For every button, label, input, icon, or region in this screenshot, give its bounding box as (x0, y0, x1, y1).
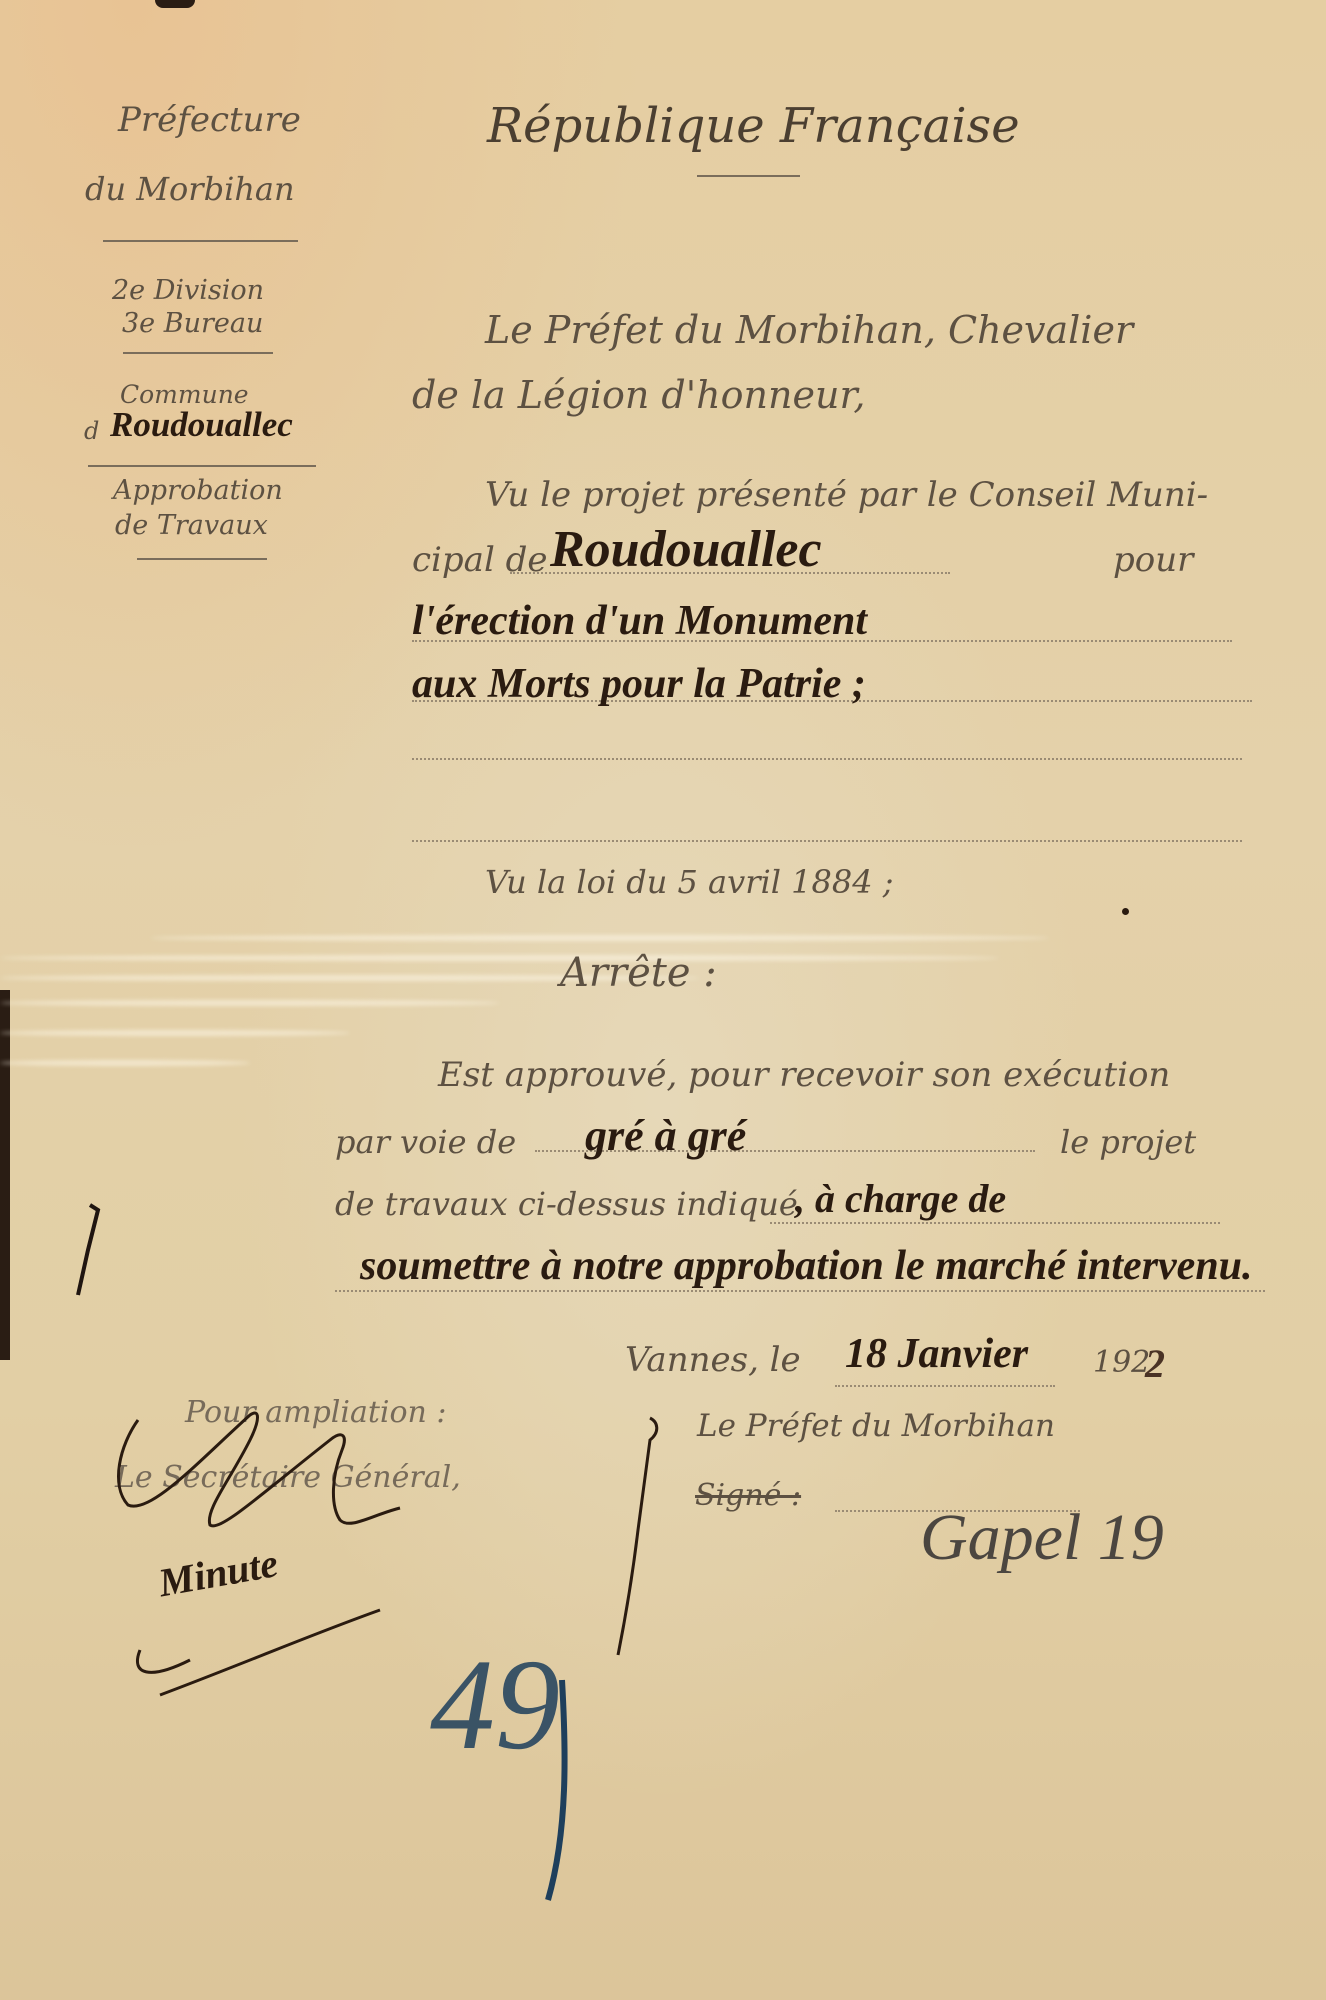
paper-wrinkle (0, 1060, 250, 1066)
blue-pencil-stroke (540, 1670, 580, 1910)
preamble-line2: de la Légion d'honneur, (412, 373, 866, 417)
margin-divider (123, 352, 273, 354)
decision-line2-start: par voie de (335, 1123, 516, 1161)
commune-name: Roudouallec (110, 405, 293, 445)
date-day-month: 18 Janvier (845, 1330, 1028, 1378)
date-year-digit: 2 (1145, 1340, 1165, 1387)
margin-pen-stroke (70, 1200, 110, 1300)
paper-wrinkle (150, 935, 1050, 941)
paper-wrinkle (0, 1030, 350, 1036)
preamble-line1: Le Préfet du Morbihan, Chevalier (485, 308, 1133, 352)
decision-line3: de travaux ci-dessus indiqué (335, 1185, 798, 1223)
document-title: République Française (487, 98, 1020, 154)
decision-line2-end: le projet (1060, 1123, 1196, 1161)
fill-in-dotted-line (835, 1385, 1055, 1387)
minute-underline (130, 1590, 390, 1700)
title-underline (697, 175, 800, 177)
secretary-signature (110, 1390, 410, 1550)
paper-stain (155, 0, 195, 8)
subject-label-line1: Approbation (113, 475, 283, 506)
project-description-line1: l'érection d'un Monument (412, 597, 867, 645)
margin-divider (137, 558, 267, 560)
subject-label-line2: de Travaux (115, 510, 268, 541)
condition-start: , à charge de (795, 1175, 1006, 1222)
document-page: Préfecture du Morbihan 2e Division 3e Bu… (0, 0, 1326, 2000)
ink-dot (1122, 908, 1129, 915)
fill-in-dotted-line (412, 840, 1242, 842)
prefect-signature: Gapel 19 (920, 1500, 1164, 1576)
date-year-prefix: 192 (1093, 1345, 1150, 1380)
considerant-line1: Vu le projet présenté par le Conseil Mun… (485, 475, 1208, 515)
bracket-stroke (610, 1410, 660, 1660)
division-label: 2e Division (112, 275, 264, 306)
law-reference: Vu la loi du 5 avril 1884 ; (485, 863, 894, 901)
fill-in-dotted-line (770, 1222, 1220, 1224)
considerant-line2-end: pour (1113, 540, 1193, 580)
signe-label: Signé : (695, 1478, 801, 1513)
decision-heading: Arrête : (560, 950, 717, 996)
project-description-line2: aux Morts pour la Patrie ; (412, 660, 866, 708)
margin-divider (103, 240, 298, 242)
condition-end: soumettre à notre approbation le marché … (360, 1242, 1253, 1290)
paper-edge-shadow (0, 990, 10, 1360)
bureau-label: 3e Bureau (122, 308, 263, 339)
prefecture-label: Préfecture (118, 100, 301, 140)
fill-in-dotted-line (412, 758, 1242, 760)
procurement-method: gré à gré (585, 1110, 746, 1161)
prefecture-department: du Morbihan (85, 170, 295, 208)
paper-wrinkle (0, 955, 1000, 961)
prefect-label: Le Préfet du Morbihan (697, 1408, 1055, 1444)
fill-in-dotted-line (335, 1290, 1265, 1292)
margin-divider (88, 465, 316, 467)
decision-line1: Est approuvé, pour recevoir son exécutio… (438, 1055, 1170, 1095)
commune-name-filled: Roudouallec (550, 520, 822, 579)
date-place: Vannes, le (625, 1340, 801, 1380)
paper-wrinkle (0, 1000, 500, 1006)
considerant-line2-start: cipal de (412, 540, 548, 580)
commune-prefix: d (84, 417, 99, 445)
